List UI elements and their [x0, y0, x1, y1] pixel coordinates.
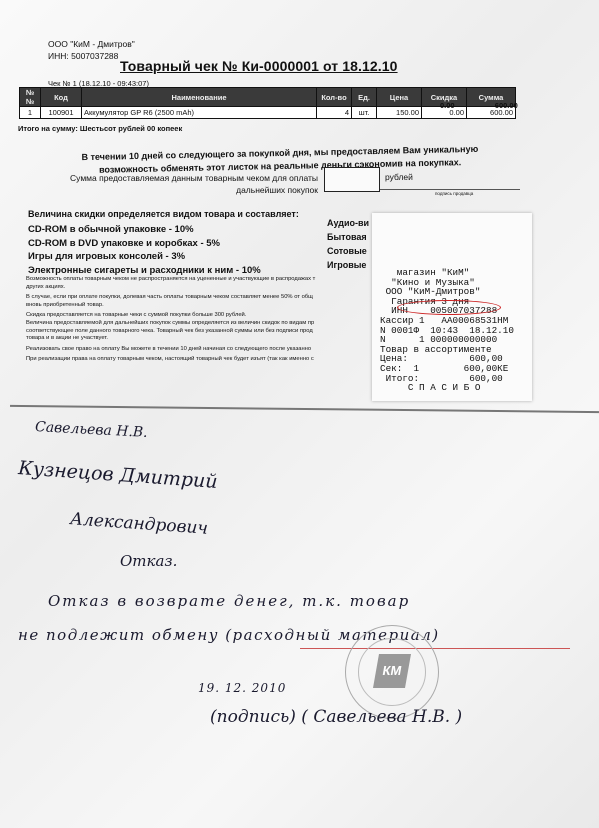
col-qty: Кол-во	[317, 88, 352, 107]
discount-item: Сотовые	[327, 244, 369, 258]
discount-item: Игровые	[327, 258, 369, 272]
company-name: ООО "КиМ - Дмитров"	[48, 38, 135, 50]
fine-print-line: Величина предоставляемой для дальнейших …	[26, 320, 314, 326]
receipt-line: С П А С И Б О	[380, 383, 530, 393]
fine-print-line: Возможность оплаты товарным чеком не рас…	[26, 276, 315, 282]
handwritten-customer-line-2: Александрович	[69, 509, 208, 539]
cell-code: 100901	[41, 107, 82, 119]
scanned-document: ООО "КиМ - Дмитров" ИНН: 5007037288 Това…	[0, 0, 599, 828]
fine-print-line: В случае, если при оплате покупки, долев…	[26, 294, 313, 300]
col-code: Код	[41, 88, 82, 107]
rub-label: рублей	[385, 172, 413, 182]
stamp-logo-icon: КМ	[373, 654, 411, 688]
red-underline	[300, 648, 570, 649]
table-totals: 0.00 600.00	[440, 101, 518, 110]
col-unit: Ед.	[352, 88, 377, 107]
discount-list-right: Аудио-ви Бытовая Сотовые Игровые	[327, 216, 369, 272]
col-price: Цена	[377, 88, 422, 107]
discount-item: Бытовая	[327, 230, 369, 244]
handwritten-heading: Отказ.	[120, 552, 177, 570]
receipt-text: магазин "КиМ" "Кино и Музыка" ООО "КиМ-Д…	[380, 268, 530, 393]
fold-line	[10, 405, 599, 413]
col-no: №№	[20, 88, 41, 107]
signature-caption: подпись продавца	[435, 191, 473, 196]
sum-label-line-2: дальнейших покупок	[38, 184, 318, 196]
handwritten-reason-line-1: Отказ в возврате денег, т.к. товар	[48, 592, 410, 610]
signature-line	[380, 189, 520, 190]
cell-qty: 4	[317, 107, 352, 119]
handwritten-customer-line-1: Кузнецов Дмитрий	[17, 457, 218, 493]
invoice-title: Товарный чек № Ки-0000001 от 18.12.10	[120, 58, 398, 74]
fine-print-line: При реализации права на оплату товарным …	[26, 356, 314, 362]
handwritten-date: 19. 12. 2010	[198, 681, 286, 695]
cell-no: 1	[20, 107, 41, 119]
fine-print-line: других акциях.	[26, 284, 65, 290]
cell-name: Аккумулятор GP R6 (2500 mAh)	[82, 107, 317, 119]
discount-item: Аудио-ви	[327, 216, 369, 230]
fine-print: Возможность оплаты товарным чеком не рас…	[26, 276, 376, 367]
discount-item: CD-ROM в обычной упаковке - 10%	[28, 223, 261, 237]
discount-list: CD-ROM в обычной упаковке - 10% CD-ROM в…	[28, 223, 261, 277]
total-discount: 0.00	[440, 101, 455, 110]
fine-print-line: соответствующее поле данного товарного ч…	[26, 328, 313, 334]
fine-print-line: товара и в акции не участвует.	[26, 335, 108, 341]
fine-print-line: Скидка предоставляется на товарные чеки …	[26, 312, 246, 318]
fine-print-line: вновь приобретенный товар.	[26, 302, 104, 308]
total-in-words: Итого на сумму: Шестьсот рублей 00 копее…	[18, 124, 182, 133]
handwritten-signature: (подпись) ( Савельева Н.В. )	[210, 707, 462, 727]
discount-item: Электронные сигареты и расходники к ним …	[28, 264, 261, 278]
sum-label: Сумма предоставляемая данным товарным че…	[38, 172, 318, 196]
sum-field	[324, 167, 380, 192]
warranty-highlight-ellipse	[397, 300, 501, 315]
discount-title: Величина скидки определяется видом товар…	[28, 209, 299, 219]
company-stamp: КМ	[345, 625, 439, 719]
sum-label-line-1: Сумма предоставляемая данным товарным че…	[38, 172, 318, 184]
cell-price: 150.00	[377, 107, 422, 119]
total-sum: 600.00	[495, 101, 518, 110]
fine-print-line: Реализовать свое право на оплату Вы може…	[26, 346, 311, 352]
discount-item: Игры для игровых консолей - 3%	[28, 250, 261, 264]
handwritten-seller: Савельева Н.В.	[35, 419, 148, 441]
discount-item: CD-ROM в DVD упаковке и коробках - 5%	[28, 237, 261, 251]
col-name: Наименование	[82, 88, 317, 107]
cell-unit: шт.	[352, 107, 377, 119]
